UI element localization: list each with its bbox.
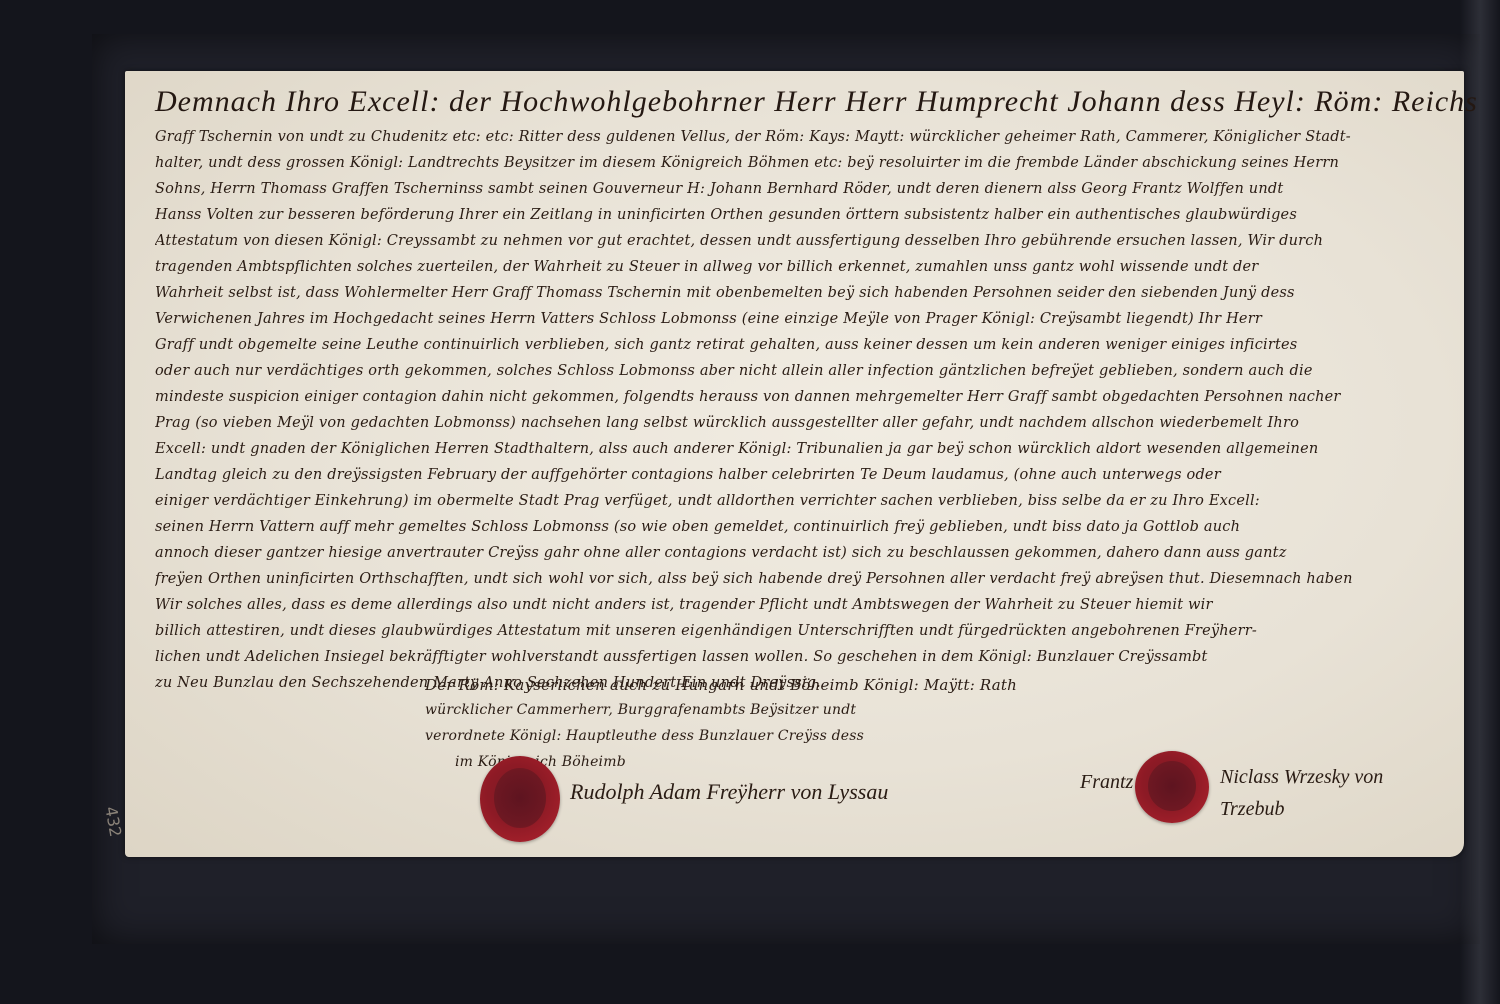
body-line: oder auch nur verdächtiges orth gekommen… <box>155 363 1434 379</box>
body-line: Landtag gleich zu den dreÿssigsten Febru… <box>155 467 1434 483</box>
signature-right: Niclass Wrzesky von Trzebub <box>1220 761 1420 825</box>
body-line: freÿen Orthen uninficirten Orthschafften… <box>155 571 1434 587</box>
body-line: halter, undt dess grossen Königl: Landtr… <box>155 155 1434 171</box>
body-line: Wir solches alles, dass es deme allerdin… <box>155 597 1434 613</box>
body-line: Graff undt obgemelte seine Leuthe contin… <box>155 337 1434 353</box>
body-line: Graff Tschernin von undt zu Chudenitz et… <box>155 129 1434 145</box>
closing-line: würcklicher Cammerherr, Burggrafenambts … <box>425 702 1434 718</box>
body-line: Verwichenen Jahres im Hochgedacht seines… <box>155 311 1434 327</box>
wax-seal-left <box>480 756 560 842</box>
body-line: tragenden Ambtspflichten solches zuertei… <box>155 259 1434 275</box>
body-line: Prag (so vieben Meÿl von gedachten Lobmo… <box>155 415 1434 431</box>
body-line: einiger verdächtiger Einkehrung) im ober… <box>155 493 1434 509</box>
document-heading: Demnach Ihro Excell: der Hochwohlgebohrn… <box>155 85 1478 119</box>
wax-seal-right <box>1135 751 1209 823</box>
closing-line: Der Röm: Kayserlichen auch zu Hungarn un… <box>425 676 1434 694</box>
manuscript-document: Demnach Ihro Excell: der Hochwohlgebohrn… <box>125 71 1464 857</box>
body-line: Excell: undt gnaden der Königlichen Herr… <box>155 441 1434 457</box>
body-line: seinen Herrn Vattern auff mehr gemeltes … <box>155 519 1434 535</box>
signature-middle: Frantz <box>1080 771 1133 794</box>
closing-line: verordnete Königl: Hauptleuthe dess Bunz… <box>425 728 1434 744</box>
body-line: annoch dieser gantzer hiesige anvertraut… <box>155 545 1434 561</box>
body-line: billich attestiren, undt dieses glaubwür… <box>155 623 1434 639</box>
body-line: mindeste suspicion einiger contagion dah… <box>155 389 1434 405</box>
body-line: Attestatum von diesen Königl: Creyssambt… <box>155 233 1434 249</box>
body-line: Wahrheit selbst ist, dass Wohlermelter H… <box>155 285 1434 301</box>
glass-glare <box>1460 0 1500 1004</box>
signature-left: Rudolph Adam Freÿherr von Lyssau <box>570 779 888 805</box>
body-line: Hanss Volten zur besseren beförderung Ih… <box>155 207 1434 223</box>
body-line: Sohns, Herrn Thomass Graffen Tscherninss… <box>155 181 1434 197</box>
body-line: lichen undt Adelichen Insiegel bekräffti… <box>155 649 1434 665</box>
